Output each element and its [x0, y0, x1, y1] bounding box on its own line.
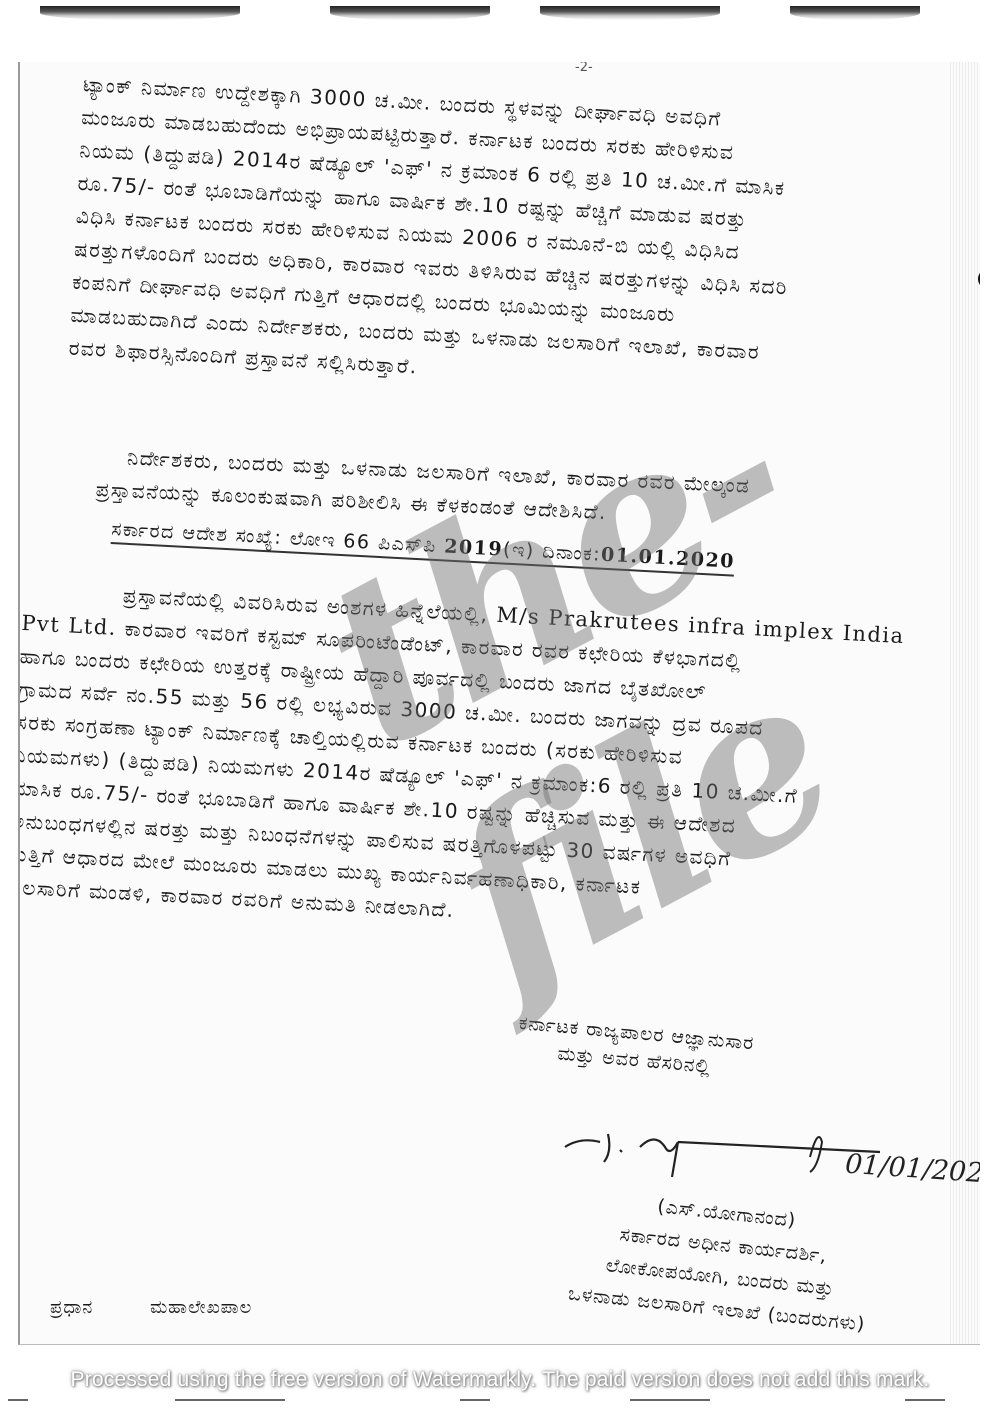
page-number: -2-: [575, 62, 593, 75]
english-text: Pvt Ltd.: [21, 611, 118, 640]
order-year: 2019: [444, 535, 504, 560]
signing-officer-block: (ಎಸ್.ಯೋಗಾನಂದ)ಸರ್ಕಾರದ ಅಧೀನ ಕಾರ್ಯದರ್ಶಿ,ಲೋಕ…: [567, 1182, 877, 1341]
copy-to-line: ಪ್ರಧಾನ ಮಹಾಲೇಖಪಾಲ: [50, 1297, 302, 1318]
governor-authority-block: ಕರ್ನಾಟಕ ರಾಜ್ಯಪಾಲರ ಆಜ್ಞಾನುಸಾರಮತ್ತು ಅವರ ಹೆ…: [515, 1010, 755, 1084]
paragraph-examination: ನಿರ್ದೇಶಕರು, ಬಂದರು ಮತ್ತು ಒಳನಾಡು ಜಲಸಾರಿಗೆ …: [95, 440, 751, 536]
footer-watermark: Processed using the free version of Wate…: [0, 1368, 1000, 1392]
order-suffix: (ಇ) ದಿನಾಂಕ:: [503, 539, 602, 566]
paragraph-order: ಪ್ರಸ್ತಾವನೆಯಲ್ಲಿ ವಿವರಿಸಿರುವ ಅಂಶಗಳ ಹಿನ್ನೆಲ…: [18, 574, 905, 950]
document-page: -2- ಟ್ಯಾಂಕ್ ನಿರ್ಮಾಣ ಉದ್ದೇಶಕ್ಕಾಗಿ 3000 ಚ.…: [18, 62, 980, 1345]
scan-artifact-bottom: [0, 1395, 1000, 1405]
order-date: 01.01.2020: [601, 544, 736, 573]
scan-artifact-top: [0, 0, 1000, 30]
signature-date: 01/01/2020: [844, 1149, 980, 1191]
paragraph-recommendation: ಟ್ಯಾಂಕ್ ನಿರ್ಮಾಣ ಉದ್ದೇಶಕ್ಕಾಗಿ 3000 ಚ.ಮೀ. …: [68, 68, 798, 403]
order-label: ಸರ್ಕಾರದ ಆದೇಶ ಸಂಖ್ಯೆ: ಲೋಇ 66 ಪಿಎಸ್‌ಪಿ: [111, 518, 445, 557]
ink-blot: [978, 272, 980, 286]
cc-word-1: ಪ್ರಧಾನ: [50, 1297, 93, 1318]
cc-word-2: ಮಹಾಲೇಖಪಾಲ: [150, 1297, 252, 1318]
